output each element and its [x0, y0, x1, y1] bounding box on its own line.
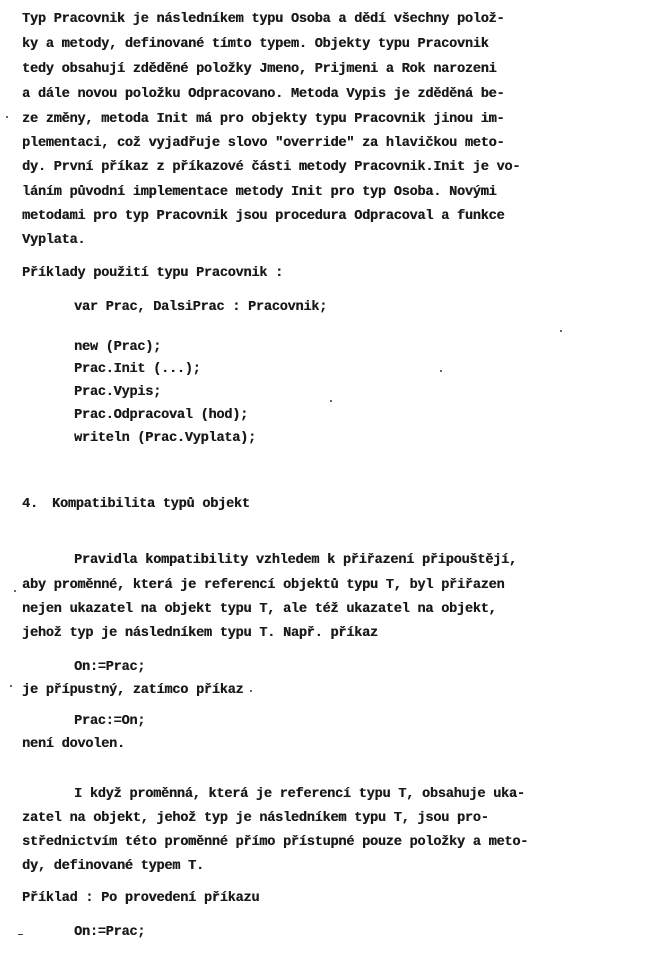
code-statement: Prac.Odpracoval (hod); [74, 408, 248, 424]
scan-speck [250, 690, 252, 692]
code-statement: writeln (Prac.Vyplata); [74, 431, 256, 447]
paragraph2-line: Pravidla kompatibility vzhledem k přiřaz… [74, 553, 517, 569]
paragraph2-line: jehož typ je následníkem typu T. Např. p… [22, 626, 378, 642]
scan-speck [560, 330, 562, 332]
code-statement: new (Prac); [74, 340, 161, 356]
paragraph2-line: nejen ukazatel na objekt typu T, ale též… [22, 602, 496, 618]
example-heading: Příklad : Po provedení příkazu [22, 891, 259, 907]
paragraph1-line: ze změny, metoda Init má pro objekty typ… [22, 112, 504, 128]
scan-speck [14, 590, 16, 592]
paragraph1-line: Vyplata. [22, 233, 85, 249]
typewritten-page: Typ Pracovnik je následníkem typu Osoba … [0, 0, 663, 953]
code-allowed: On:=Prac; [74, 660, 145, 676]
scan-speck [6, 116, 8, 118]
paragraph1-line: tedy obsahují zděděné položky Jmeno, Pri… [22, 62, 496, 78]
paragraph3-line: I když proměnná, která je referencí typu… [74, 787, 525, 803]
text-allowed: je přípustný, zatímco příkaz [22, 683, 243, 699]
scan-speck [440, 370, 442, 372]
paragraph3-line: dy, definované typem T. [22, 859, 204, 875]
code-statement: Prac.Init (...); [74, 362, 201, 378]
paragraph3-line: střednictvím této proměnné přímo přístup… [22, 835, 528, 851]
paragraph1-line: metodami pro typ Pracovnik jsou procedur… [22, 209, 504, 225]
scan-speck [330, 400, 332, 402]
paragraph1-line: ky a metody, definované tímto typem. Obj… [22, 37, 489, 53]
paragraph1-line: láním původní implementace metody Init p… [22, 185, 496, 201]
text-forbidden: není dovolen. [22, 737, 125, 753]
paragraph1-line: dy. První příkaz z příkazové části metod… [22, 160, 520, 176]
code-forbidden: Prac:=On; [74, 714, 145, 730]
section-number: 4. [22, 497, 38, 513]
paragraph2-line: aby proměnné, která je referencí objektů… [22, 578, 504, 594]
paragraph1-line: Typ Pracovnik je následníkem typu Osoba … [22, 12, 504, 28]
section-title: Kompatibilita typů objekt [52, 497, 250, 513]
examples-heading: Příklady použití typu Pracovnik : [22, 266, 283, 282]
scan-speck [10, 685, 12, 687]
code-declaration: var Prac, DalsiPrac : Pracovnik; [74, 300, 327, 316]
code-statement: Prac.Vypis; [74, 385, 161, 401]
paragraph3-line: zatel na objekt, jehož typ je následníke… [22, 811, 489, 827]
paragraph1-line: plementaci, což vyjadřuje slovo "overrid… [22, 136, 504, 152]
code-last: On:=Prac; [74, 925, 145, 941]
scan-speck [18, 934, 23, 935]
paragraph1-line: a dále novou položku Odpracovano. Metoda… [22, 87, 504, 103]
